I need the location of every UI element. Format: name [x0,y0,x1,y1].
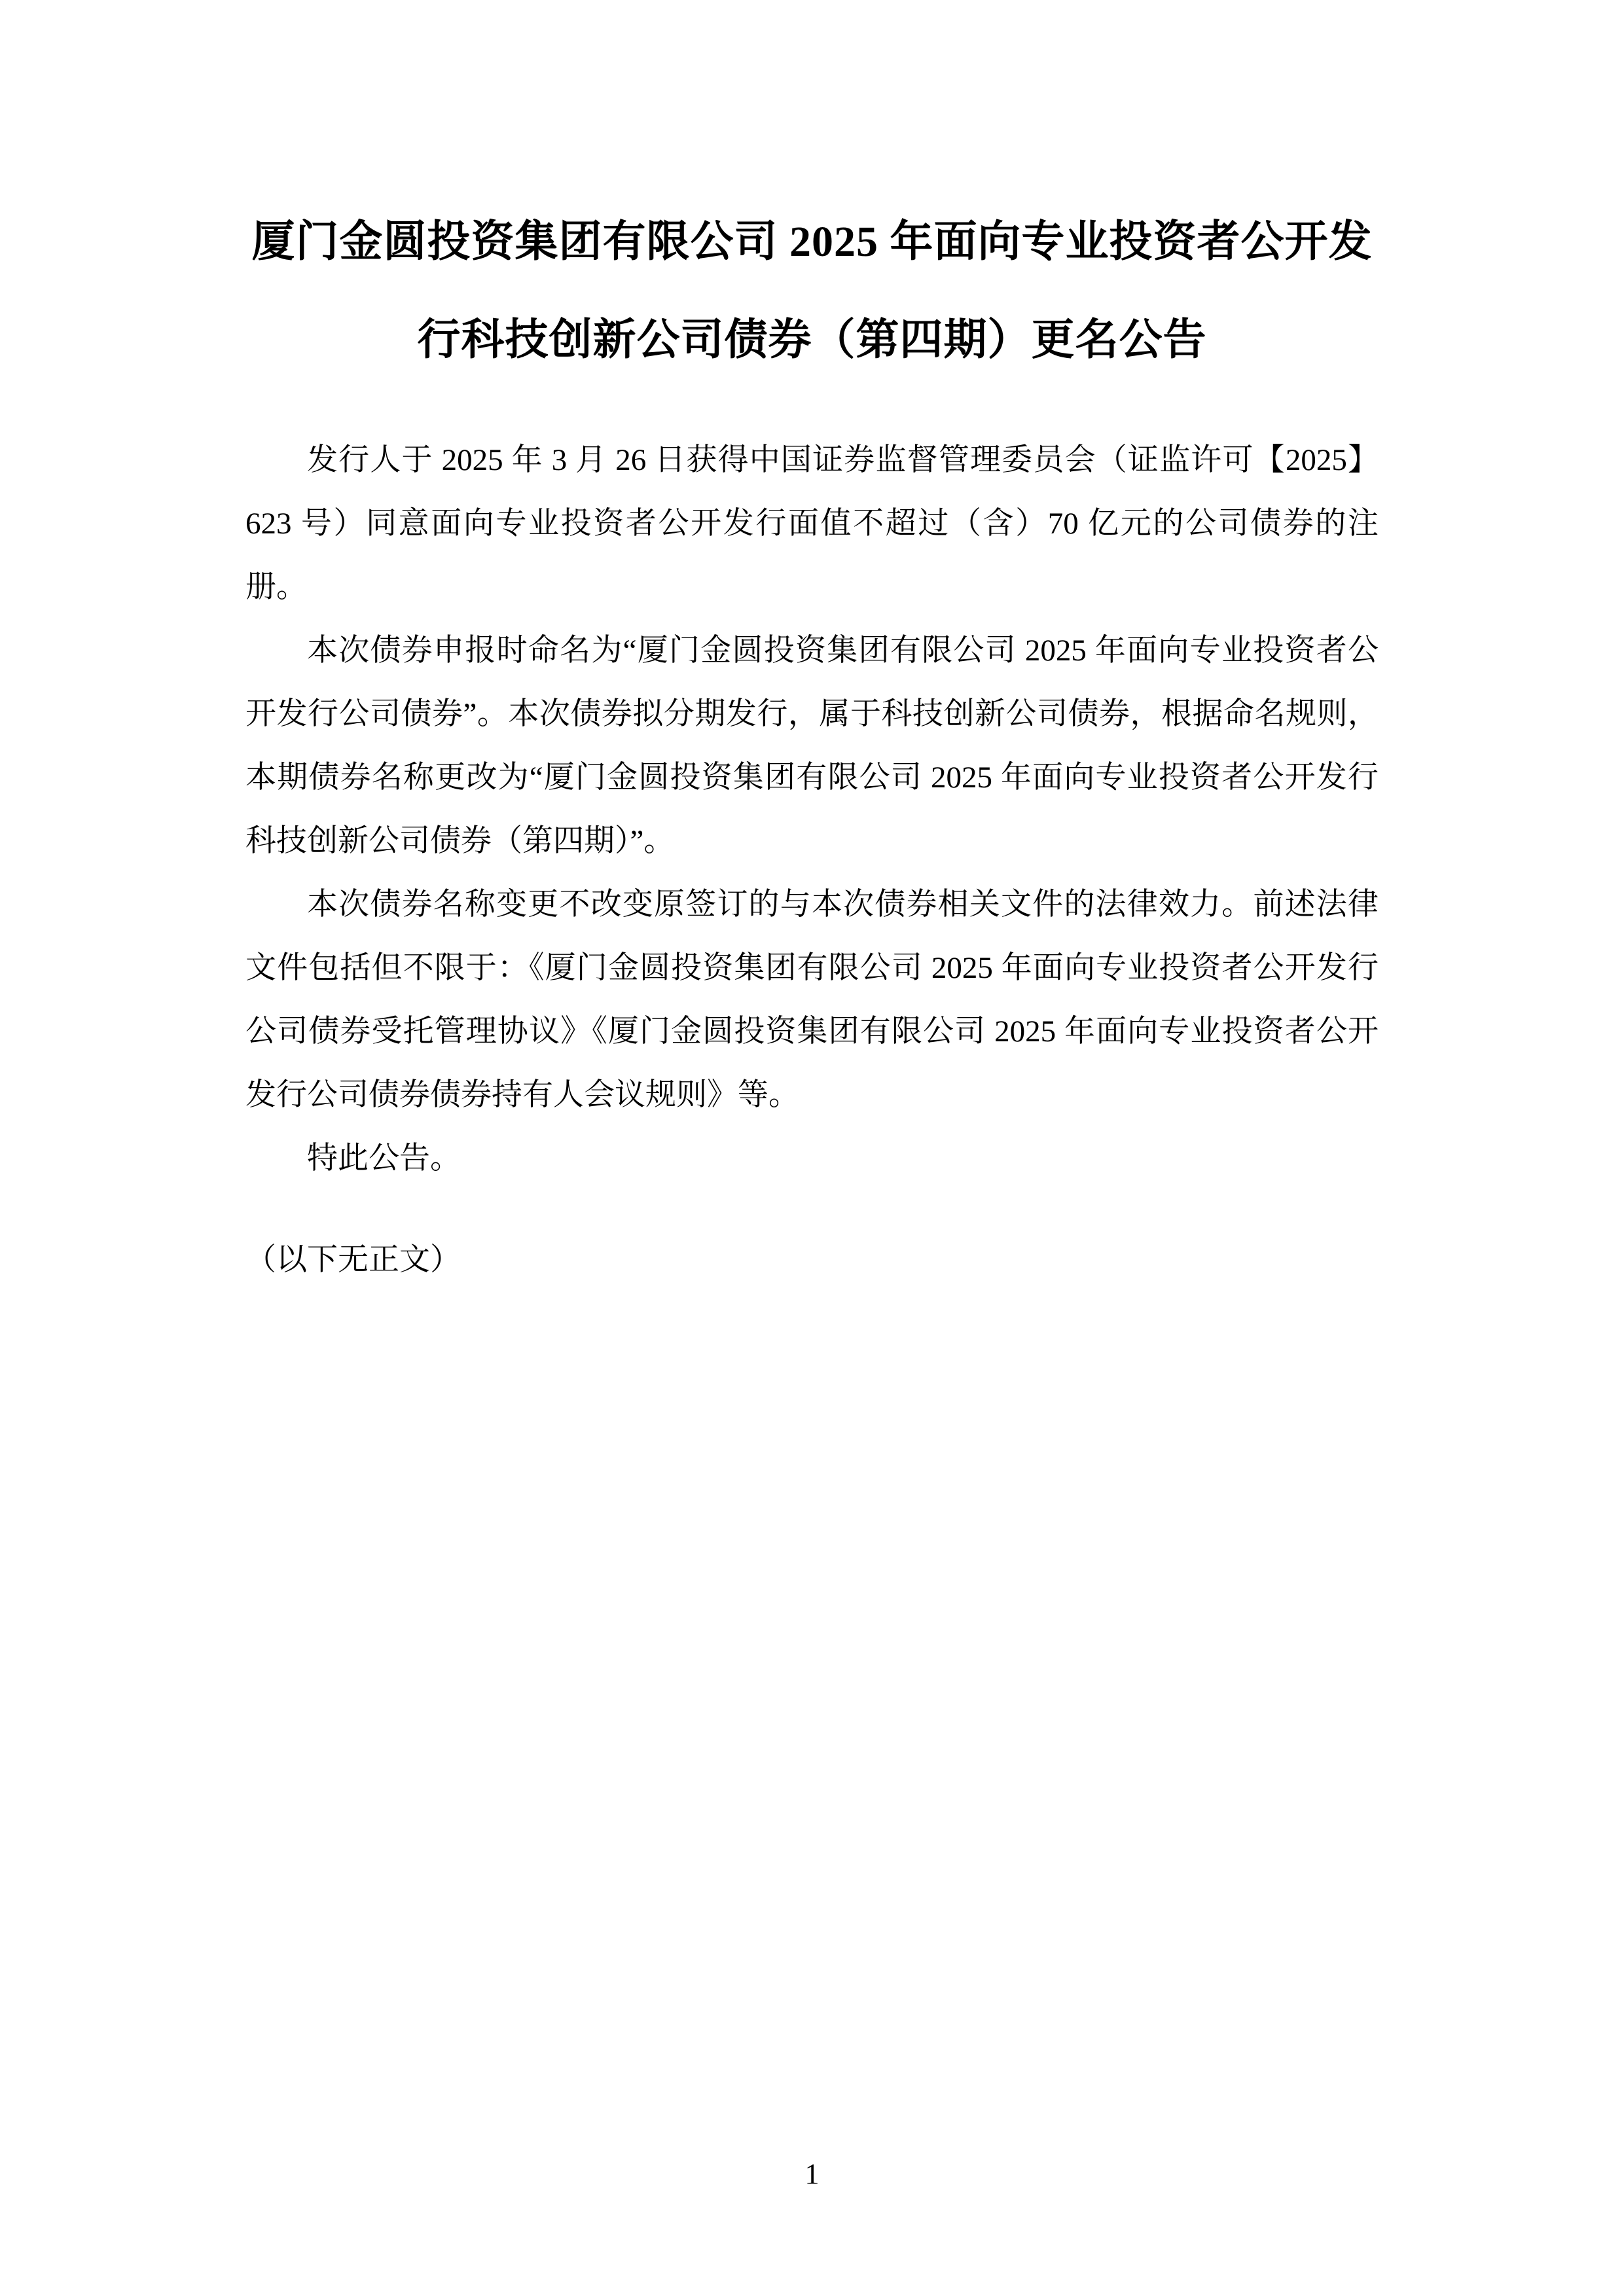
document-body: 发行人于 2025 年 3 月 26 日获得中国证券监督管理委员会（证监许可【2… [245,429,1379,1191]
page-number: 1 [0,2157,1624,2191]
paragraph-registration-approval: 发行人于 2025 年 3 月 26 日获得中国证券监督管理委员会（证监许可【2… [245,429,1379,619]
paragraph-announcement-closing: 特此公告。 [245,1127,1379,1191]
document-title: 厦门金圆投资集团有限公司 2025 年面向专业投资者公开发 行科技创新公司债券（… [245,193,1379,389]
document-page: 厦门金圆投资集团有限公司 2025 年面向专业投资者公开发 行科技创新公司债券（… [0,0,1624,2296]
document-content: 厦门金圆投资集团有限公司 2025 年面向专业投资者公开发 行科技创新公司债券（… [245,0,1379,1292]
document-title-line-1: 厦门金圆投资集团有限公司 2025 年面向专业投资者公开发 [245,193,1379,291]
paragraph-legal-effect: 本次债券名称变更不改变原签订的与本次债券相关文件的法律效力。前述法律文件包括但不… [245,873,1379,1127]
document-title-line-2: 行科技创新公司债券（第四期）更名公告 [245,291,1379,389]
no-body-text-note: （以下无正文） [245,1229,1379,1292]
paragraph-name-change: 本次债券申报时命名为“厦门金圆投资集团有限公司 2025 年面向专业投资者公开发… [245,619,1379,873]
